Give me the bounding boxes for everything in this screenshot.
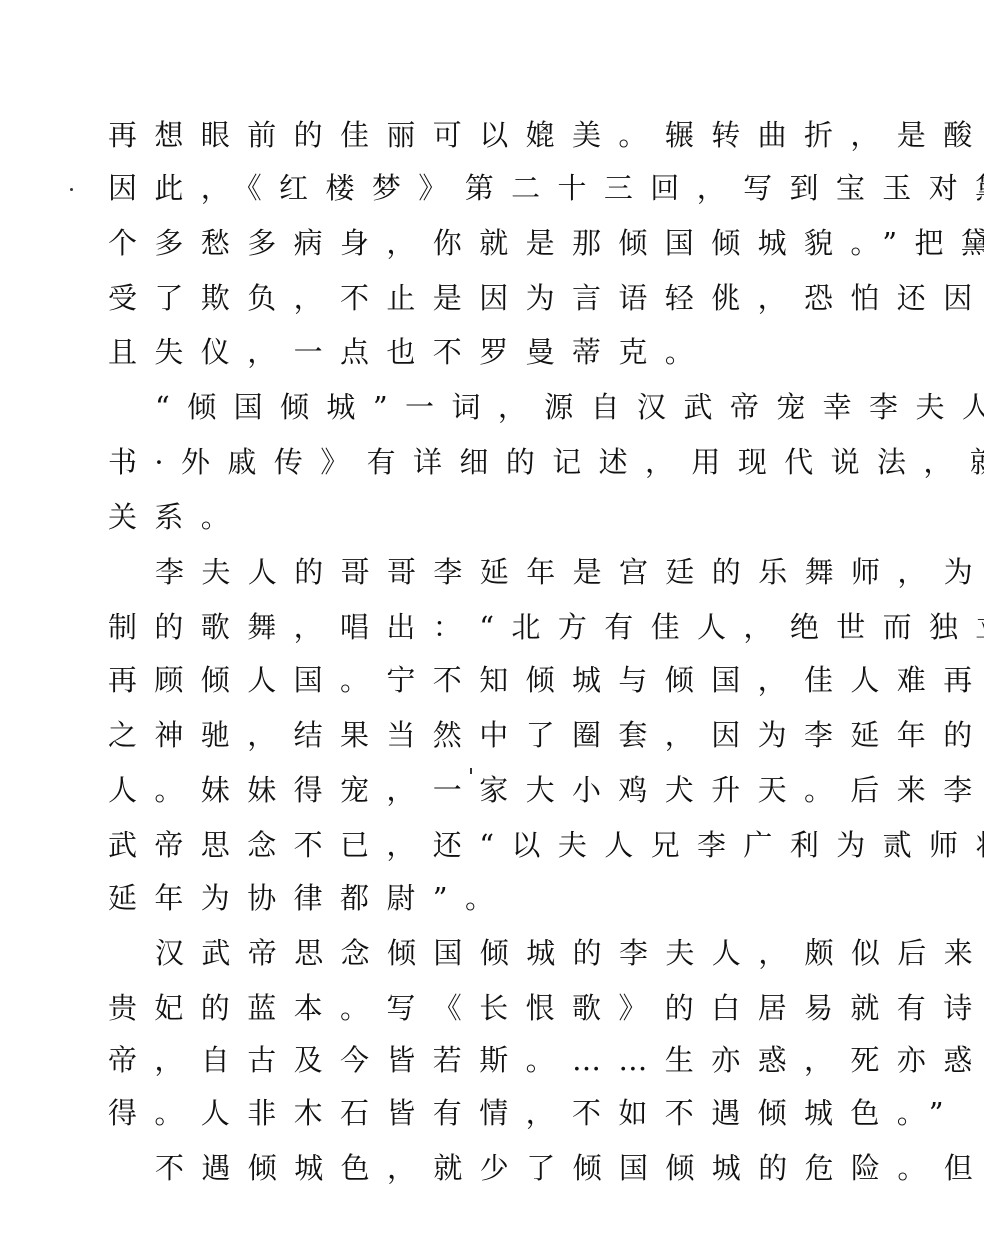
text-line: 帝，自古及今皆若斯。……生亦惑，死亦惑，尤物惑人忘不	[108, 1040, 868, 1080]
text-line: 得。人非木石皆有情，不如不遇倾城色。”	[108, 1093, 868, 1133]
text-line: 且失仪，一点也不罗曼蒂克。	[108, 332, 868, 372]
text-line-paragraph-start: 不遇倾城色，就少了倾国倾城的危险。但也少了故事。	[155, 1148, 915, 1188]
scan-speck	[70, 188, 73, 191]
text-line: 再想眼前的佳丽可以媲美。辗转曲折，是酸秀才的思维方式。	[108, 115, 868, 155]
text-line-paragraph-start: 汉武帝思念倾国倾城的李夫人，颇似后来唐明皇思念杨	[155, 933, 915, 973]
scanned-book-page: 再想眼前的佳丽可以媲美。辗转曲折，是酸秀才的思维方式。 因此，《红楼梦》第二十三…	[0, 0, 984, 1249]
text-line-paragraph-start: “倾国倾城”一词，源自汉武帝宠幸李夫人的故事。《汉	[155, 387, 915, 427]
scan-speck	[470, 768, 472, 774]
text-line: 受了欺负，不止是因为言语轻佻，恐怕还因为引喻失义，而	[108, 278, 868, 318]
text-line: 制的歌舞，唱出：“北方有佳人，绝世而独立。一顾倾人城，	[108, 607, 868, 647]
text-line: 因此，《红楼梦》第二十三回，写到宝玉对黛玉说：“我就是	[108, 168, 868, 208]
text-line: 个多愁多病身，你就是那倾国倾城貌。”把黛玉气坏了，觉得	[108, 223, 868, 263]
text-line: 再顾倾人国。宁不知倾城与倾国，佳人难再得！”汉武帝为	[108, 660, 868, 700]
text-line: 人。妹妹得宠，一家大小鸡犬升天。后来李夫人虽然早夭，	[108, 770, 868, 810]
text-line-paragraph-start: 李夫人的哥哥李延年是宫廷的乐舞师，为汉武帝演奏新	[155, 552, 915, 592]
text-line: 延年为协律都尉”。	[108, 878, 868, 918]
text-line: 关系。	[108, 497, 868, 537]
text-line: 之神驰，结果当然中了圈套，因为李延年的妹妹就是那个佳	[108, 715, 868, 755]
text-line: 书·外戚传》有详细的记述，用现代说法，就是典型的裙带	[108, 442, 868, 482]
text-line: 武帝思念不已，还“以夫人兄李广利为贰师将军，封海西侯，	[108, 825, 868, 865]
text-line: 贵妃的蓝本。写《长恨歌》的白居易就有诗：“伤心不独汉武	[108, 988, 868, 1028]
